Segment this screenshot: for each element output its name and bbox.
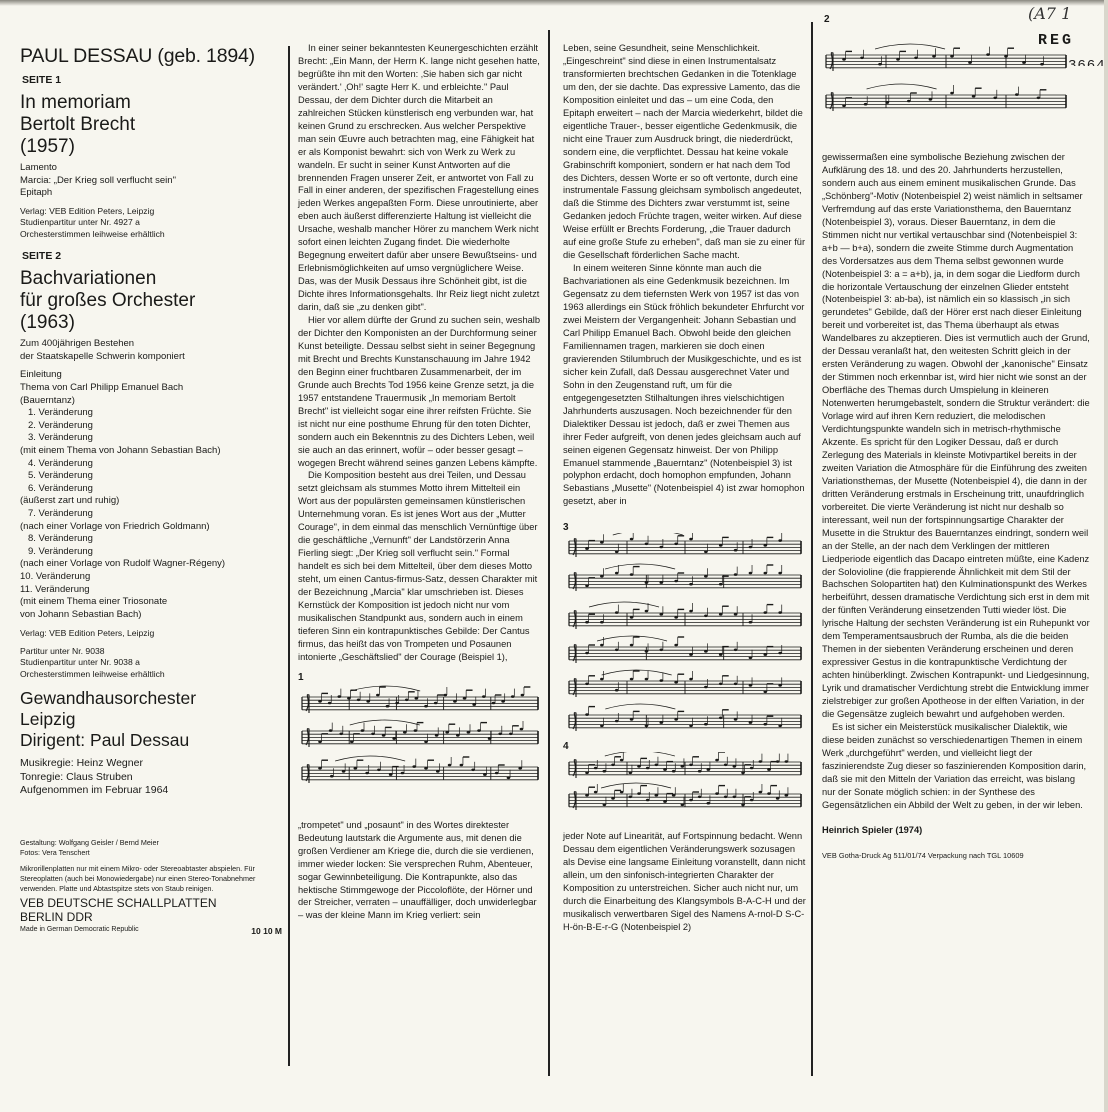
orchestra-city: Leipzig <box>20 709 282 730</box>
composer-heading: PAUL DESSAU (geb. 1894) <box>20 45 282 68</box>
score-line: Studienpartitur unter Nr. 9038 a <box>20 657 282 669</box>
variation-item: (nach einer Vorlage von Rudolf Wagner-Ré… <box>20 558 282 571</box>
example-label: 4 <box>563 741 806 752</box>
side-label: SEITE 1 <box>22 74 282 86</box>
label-line: VEB DEUTSCHE SCHALLPLATTEN <box>20 896 282 910</box>
dedication-line: der Staatskapelle Schwerin komponiert <box>20 351 282 364</box>
example-label: 3 <box>563 522 806 533</box>
variation-item: (nach einer Vorlage von Friedrich Goldma… <box>20 521 282 534</box>
dedication: Zum 400jährigen Bestehen der Staatskapel… <box>20 338 282 363</box>
essay-text: „trompetet" und „posaunt" in des Wortes … <box>298 819 541 923</box>
work-title: Bachvariationen für großes Orchester (19… <box>20 268 282 334</box>
title-line: Bertolt Brecht <box>20 114 282 136</box>
essay-text: gewissermaßen eine symbolische Beziehung… <box>822 151 1090 812</box>
movement-list: Lamento Marcia: „Der Krieg soll verfluch… <box>20 162 282 200</box>
column-divider <box>811 22 813 1076</box>
design-line: Gestaltung: Wolfgang Geisler / Bernd Mei… <box>20 838 282 848</box>
movement: Lamento <box>20 162 282 175</box>
column-divider <box>548 30 550 1076</box>
paragraph: gewissermaßen eine symbolische Beziehung… <box>822 151 1090 721</box>
variation-item: 11. Veränderung <box>20 584 282 597</box>
title-line: Bachvariationen <box>20 268 282 290</box>
music-example-1 <box>298 683 541 793</box>
essay-column-2: In einer seiner bekanntesten Keunergesch… <box>298 42 541 922</box>
music-example-3 <box>563 533 806 733</box>
publisher-line: Verlag: VEB Edition Peters, Leipzig <box>20 206 282 218</box>
title-line: In memoriam <box>20 92 282 114</box>
variation-list: EinleitungThema von Carl Philipp Emanuel… <box>20 369 282 621</box>
title-line: (1963) <box>20 312 282 334</box>
variation-item: 6. Veränderung <box>20 483 282 496</box>
publisher-info: Verlag: VEB Edition Peters, Leipzig <box>20 627 282 640</box>
credit-line: Tonregie: Claus Struben <box>20 771 282 785</box>
variation-item: 4. Veränderung <box>20 458 282 471</box>
paragraph: Leben, seine Gesundheit, seine Menschlic… <box>563 42 806 262</box>
variation-item: (mit einem Thema von Johann Sebastian Ba… <box>20 445 282 458</box>
orchestra-name: Gewandhausorchester <box>20 688 282 709</box>
variation-item: von Johann Sebastian Bach) <box>20 609 282 622</box>
scan-edge-right <box>1104 0 1108 1112</box>
scan-edge-top <box>0 0 1108 6</box>
label-name: VEB DEUTSCHE SCHALLPLATTEN BERLIN DDR <box>20 896 282 924</box>
paragraph: Die Komposition besteht aus drei Teilen,… <box>298 469 541 663</box>
author-credit: Heinrich Spieler (1974) <box>822 824 1090 837</box>
dedication-line: Zum 400jährigen Bestehen <box>20 338 282 351</box>
catalog-code: 10 10 M <box>251 926 282 936</box>
variation-item: 7. Veränderung <box>20 508 282 521</box>
example-label: 1 <box>298 672 541 683</box>
variation-item: 9. Veränderung <box>20 546 282 559</box>
variation-item: 2. Veränderung <box>20 420 282 433</box>
playback-note: Mikrorillenplatten nur mit einem Mikro- … <box>20 864 282 894</box>
column-divider <box>288 46 290 1066</box>
credits-column: PAUL DESSAU (geb. 1894) SEITE 1 In memor… <box>20 42 282 936</box>
paragraph: Es ist sicher ein Meisterstück musikalis… <box>822 721 1090 812</box>
variation-item: 10. Veränderung <box>20 571 282 584</box>
music-example-2 <box>822 25 1072 135</box>
movement: Marcia: „Der Krieg soll verflucht sein" <box>20 175 282 188</box>
paragraph: In einem weiteren Sinne könnte man auch … <box>563 262 806 508</box>
printer-info: VEB Gotha-Druck Ag 511/01/74 Verpackung … <box>822 851 1090 861</box>
essay-text: In einer seiner bekanntesten Keunergesch… <box>298 42 541 664</box>
side-label: SEITE 2 <box>22 250 282 262</box>
variation-item: (Bauerntanz) <box>20 395 282 408</box>
variation-item: Einleitung <box>20 369 282 382</box>
credit-line: Aufgenommen im Februar 1964 <box>20 784 282 798</box>
movement: Epitaph <box>20 187 282 200</box>
essay-text: jeder Note auf Linearität, auf Fortspinn… <box>563 830 806 934</box>
variation-item: (mit einem Thema einer Triosonate <box>20 596 282 609</box>
conductor: Dirigent: Paul Dessau <box>20 730 282 751</box>
essay-column-3: Leben, seine Gesundheit, seine Menschlic… <box>563 42 806 934</box>
essay-text: Leben, seine Gesundheit, seine Menschlic… <box>563 42 806 508</box>
credit-line: Musikregie: Heinz Wegner <box>20 757 282 771</box>
essay-column-4: 2 gewissermaßen eine symbolische Beziehu… <box>822 14 1090 861</box>
made-in: Made in German Democratic Republic <box>20 926 139 936</box>
variation-item: 3. Veränderung <box>20 432 282 445</box>
music-example-4 <box>563 752 806 816</box>
design-line: Fotos: Vera Tenschert <box>20 848 282 858</box>
score-line: Partitur unter Nr. 9038 <box>20 646 282 658</box>
example-label: 2 <box>824 14 1090 25</box>
title-line: (1957) <box>20 136 282 158</box>
production-credits: Musikregie: Heinz Wegner Tonregie: Claus… <box>20 757 282 798</box>
variation-item: 5. Veränderung <box>20 470 282 483</box>
performers: Gewandhausorchester Leipzig Dirigent: Pa… <box>20 688 282 751</box>
footer-row: Made in German Democratic Republic 10 10… <box>20 926 282 936</box>
score-line: Orchesterstimmen leihweise erhältlich <box>20 669 282 681</box>
paragraph: Hier vor allem dürfte der Grund zu suche… <box>298 314 541 469</box>
label-line: BERLIN DDR <box>20 910 282 924</box>
publisher-line: Orchesterstimmen leihweise erhältlich <box>20 229 282 241</box>
publisher-line: Studienpartitur unter Nr. 4927 a <box>20 217 282 229</box>
title-line: für großes Orchester <box>20 290 282 312</box>
publisher-info: Verlag: VEB Edition Peters, Leipzig Stud… <box>20 206 282 241</box>
variation-item: 8. Veränderung <box>20 533 282 546</box>
design-credits: Gestaltung: Wolfgang Geisler / Bernd Mei… <box>20 838 282 858</box>
work-title: In memoriam Bertolt Brecht (1957) <box>20 92 282 158</box>
variation-item: 1. Veränderung <box>20 407 282 420</box>
variation-item: Thema von Carl Philipp Emanuel Bach <box>20 382 282 395</box>
variation-item: (äußerst zart und ruhig) <box>20 495 282 508</box>
score-info: Partitur unter Nr. 9038 Studienpartitur … <box>20 646 282 681</box>
paragraph: In einer seiner bekanntesten Keunergesch… <box>298 42 541 314</box>
